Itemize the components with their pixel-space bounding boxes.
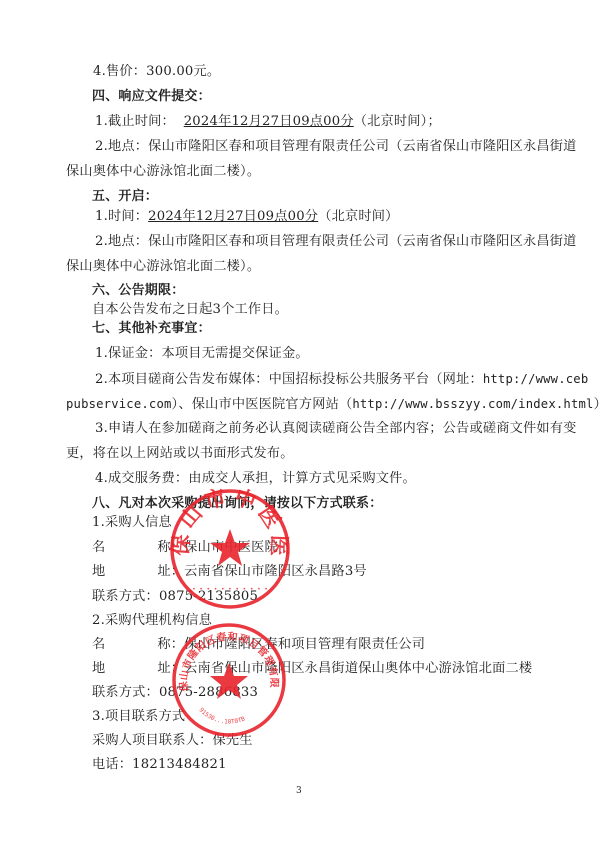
- section8-heading: 八、凡对本次采购提出询问，请按以下方式联系：: [92, 496, 382, 512]
- agency-title: 2.采购代理机构信息: [92, 613, 212, 629]
- item-price-label: 4.售价：: [93, 64, 146, 79]
- section7-item3-line2: 更，将在以上网站或以书面形式发布。: [66, 446, 294, 462]
- purchaser-phone: 0875-2135805: [159, 589, 258, 604]
- item2-end: ）。: [594, 397, 600, 412]
- agency-contact: 联系方式：0875-2886833: [92, 685, 258, 701]
- section5-time: 1.时间：2024年12月27日09点00分（北京时间）: [95, 209, 399, 225]
- agency-phone: 0875-2886833: [159, 685, 258, 700]
- address-label-suffix: 址：: [157, 564, 184, 579]
- project-contact-title: 3.项目联系方式: [92, 709, 185, 725]
- address-label: 地: [92, 564, 105, 579]
- ceb-url-part1[interactable]: http://www.ceb: [483, 372, 589, 386]
- time-value: 2024年12月27日09点00分: [148, 209, 318, 224]
- phone-value: 18213484821: [132, 757, 227, 772]
- section7-item3-line1: 3.申请人在参加磋商之前务必认真阅读磋商公告全部内容；公告或磋商文件如有变: [95, 421, 577, 437]
- item2-text: 2.本项目磋商公告发布媒体：中国招标投标公共服务平台（网址：: [95, 372, 483, 387]
- purchaser-title: 1.采购人信息: [92, 515, 172, 531]
- time-label: 1.时间：: [95, 209, 148, 224]
- agency-seal-code: 91530...10T0TB: [197, 707, 246, 726]
- purchaser-name-value: 保山市中医医院: [184, 540, 278, 555]
- section7-item2-line1: 2.本项目磋商公告发布媒体：中国招标投标公共服务平台（网址：http://www…: [95, 371, 588, 388]
- purchaser-contact: 联系方式：0875-2135805: [92, 589, 258, 605]
- section5-heading: 五、开启：: [92, 189, 158, 205]
- person-label: 采购人项目联系人：: [92, 733, 213, 748]
- section4-location-line2: 保山奥体中心游泳馆北面二楼）。: [66, 164, 260, 180]
- ceb-url-part2[interactable]: pubservice.com: [66, 397, 172, 411]
- project-contact-phone: 电话：18213484821: [92, 757, 227, 773]
- agency-name: 名称：保山市隆阳区春和项目管理有限责任公司: [92, 637, 425, 653]
- deadline-label: 1.截止时间：: [95, 114, 175, 129]
- name-label: 名: [92, 637, 105, 652]
- deadline-value: 2024年12月27日09点00分: [184, 114, 354, 129]
- address-label: 地: [92, 661, 105, 676]
- item-price: 4.售价：300.00元。: [93, 64, 220, 80]
- section5-location-line2: 保山奥体中心游泳馆北面二楼）。: [66, 259, 260, 275]
- section4-deadline: 1.截止时间： 2024年12月27日09点00分（北京时间）；: [95, 114, 441, 130]
- section7-item2-line2: pubservice.com）、保山市中医医院官方网站（http://www.b…: [66, 396, 600, 413]
- time-suffix: （北京时间）: [318, 209, 398, 224]
- section7-heading: 七、其他补充事宜：: [92, 321, 211, 337]
- section7-item4: 4.成交服务费：由成交人承担，计算方式见采购文件。: [95, 471, 416, 487]
- purchaser-address: 地址：云南省保山市隆阳区永昌路3号: [92, 564, 367, 580]
- svg-text:保山市隆阳区春和项目管理有限责任公司: 保山市隆阳区春和项目管理有限责任公司: [170, 621, 281, 693]
- section4-location-line1: 2.地点：保山市隆阳区春和项目管理有限责任公司（云南省保山市隆阳区永昌街道: [95, 139, 577, 155]
- name-label-suffix: 称：: [157, 540, 184, 555]
- purchaser-name: 名称：保山市中医医院: [92, 540, 278, 556]
- hospital-site-url[interactable]: http://www.bsszyy.com/index.html: [352, 397, 593, 411]
- section6-heading: 六、公告期限：: [92, 283, 184, 299]
- project-contact-person: 采购人项目联系人：保先生: [92, 733, 253, 749]
- item-price-value: 300.00元。: [146, 64, 220, 79]
- agency-name-value: 保山市隆阳区春和项目管理有限责任公司: [184, 637, 425, 652]
- page-number: 3: [296, 786, 302, 796]
- agency-address: 地址：云南省保山市隆阳区永昌街道保山奥体中心游泳馆北面二楼: [92, 661, 532, 677]
- contact-label: 联系方式：: [92, 685, 159, 700]
- svg-text:91530...10T0TB: 91530...10T0TB: [197, 707, 246, 726]
- person-value: 保先生: [213, 733, 253, 748]
- section4-heading: 四、响应文件提交：: [92, 89, 211, 105]
- name-label: 名: [92, 540, 105, 555]
- phone-label: 电话：: [92, 757, 132, 772]
- section5-location-line1: 2.地点：保山市隆阳区春和项目管理有限责任公司（云南省保山市隆阳区永昌街道: [95, 234, 577, 250]
- section6-text: 自本公告发布之日起3个工作日。: [92, 302, 288, 318]
- purchaser-address-value: 云南省保山市隆阳区永昌路3号: [184, 564, 367, 579]
- agency-address-value: 云南省保山市隆阳区永昌街道保山奥体中心游泳馆北面二楼: [184, 661, 532, 676]
- agency-seal-text: 保山市隆阳区春和项目管理有限责任公司: [170, 621, 281, 693]
- item2-mid: ）、保山市中医医院官方网站（: [172, 397, 353, 412]
- deadline-suffix: （北京时间）；: [354, 114, 441, 129]
- section7-item1: 1.保证金：本项目无需提交保证金。: [95, 346, 309, 362]
- name-label-suffix: 称：: [157, 637, 184, 652]
- contact-label: 联系方式：: [92, 589, 159, 604]
- address-label-suffix: 址：: [157, 661, 184, 676]
